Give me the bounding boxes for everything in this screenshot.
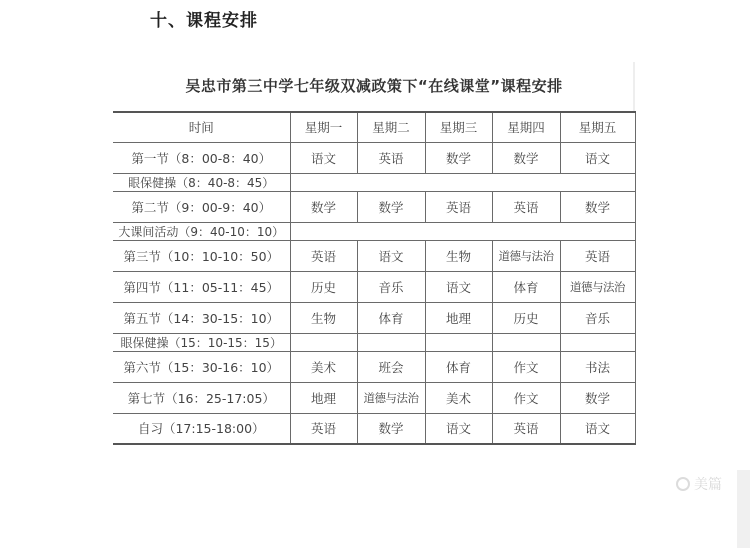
column-header-wednesday: 星期三: [425, 112, 492, 142]
subject-cell: 地理: [290, 382, 357, 413]
subject-cell: 道德与法治: [357, 382, 425, 413]
subject-cell: 体育: [425, 351, 492, 382]
table-row: 第一节（8：00-8：40） 语文 英语 数学 数学 语文: [113, 142, 635, 173]
subject-cell: 英语: [492, 191, 560, 222]
subject-cell: 英语: [560, 240, 635, 271]
break-span-cell: [290, 222, 635, 240]
subject-cell: 道德与法治: [492, 240, 560, 271]
subject-cell: 数学: [492, 142, 560, 173]
subject-cell: 道德与法治: [560, 271, 635, 302]
column-header-tuesday: 星期二: [357, 112, 425, 142]
table-row: 第二节（9：00-9：40） 数学 数学 英语 英语 数学: [113, 191, 635, 222]
subject-cell: 语文: [560, 413, 635, 444]
table-row: 第六节（15：30-16：10） 美术 班会 体育 作文 书法: [113, 351, 635, 382]
period-time: 第五节（14：30-15：10）: [113, 302, 290, 333]
break-span-cell: [290, 173, 635, 191]
period-time: 第七节（16：25-17:05）: [113, 382, 290, 413]
period-time: 第三节（10：10-10：50）: [113, 240, 290, 271]
empty-cell: [560, 333, 635, 351]
break-time: 眼保健操（15：10-15：15）: [113, 333, 290, 351]
subject-cell: 体育: [492, 271, 560, 302]
table-row: 第七节（16：25-17:05） 地理 道德与法治 美术 作文 数学: [113, 382, 635, 413]
empty-cell: [357, 333, 425, 351]
subject-cell: 语文: [425, 271, 492, 302]
subject-cell: 作文: [492, 382, 560, 413]
column-header-time: 时间: [113, 112, 290, 142]
subject-cell: 体育: [357, 302, 425, 333]
column-header-thursday: 星期四: [492, 112, 560, 142]
watermark: 美篇: [676, 474, 722, 494]
header-row: 时间 星期一 星期二 星期三 星期四 星期五: [113, 112, 635, 142]
subject-cell: 英语: [290, 413, 357, 444]
subject-cell: 数学: [357, 191, 425, 222]
break-time: 大课间活动（9：40-10：10）: [113, 222, 290, 240]
subject-cell: 生物: [290, 302, 357, 333]
period-time: 第一节（8：00-8：40）: [113, 142, 290, 173]
empty-cell: [290, 333, 357, 351]
subject-cell: 班会: [357, 351, 425, 382]
empty-cell: [425, 333, 492, 351]
subject-cell: 数学: [560, 382, 635, 413]
subject-cell: 语文: [425, 413, 492, 444]
column-header-monday: 星期一: [290, 112, 357, 142]
subject-cell: 历史: [492, 302, 560, 333]
side-panel-edge: [737, 470, 750, 548]
table-row: 第三节（10：10-10：50） 英语 语文 生物 道德与法治 英语: [113, 240, 635, 271]
table-row: 第五节（14：30-15：10） 生物 体育 地理 历史 音乐: [113, 302, 635, 333]
section-heading: 十、课程安排: [150, 6, 258, 31]
break-row: 大课间活动（9：40-10：10）: [113, 222, 635, 240]
subject-cell: 英语: [425, 191, 492, 222]
subject-cell: 美术: [425, 382, 492, 413]
subject-cell: 数学: [357, 413, 425, 444]
subject-cell: 作文: [492, 351, 560, 382]
meipian-logo-icon: [676, 477, 690, 491]
period-time: 第四节（11：05-11：45）: [113, 271, 290, 302]
subject-cell: 书法: [560, 351, 635, 382]
schedule-table: 时间 星期一 星期二 星期三 星期四 星期五 第一节（8：00-8：40） 语文…: [113, 111, 636, 445]
subject-cell: 语文: [560, 142, 635, 173]
subject-cell: 英语: [357, 142, 425, 173]
subject-cell: 英语: [492, 413, 560, 444]
subject-cell: 历史: [290, 271, 357, 302]
period-time: 第二节（9：00-9：40）: [113, 191, 290, 222]
subject-cell: 语文: [290, 142, 357, 173]
subject-cell: 数学: [560, 191, 635, 222]
subject-cell: 音乐: [560, 302, 635, 333]
subject-cell: 数学: [290, 191, 357, 222]
subject-cell: 语文: [357, 240, 425, 271]
period-time: 第六节（15：30-16：10）: [113, 351, 290, 382]
subject-cell: 美术: [290, 351, 357, 382]
table-row: 第四节（11：05-11：45） 历史 音乐 语文 体育 道德与法治: [113, 271, 635, 302]
subject-cell: 数学: [425, 142, 492, 173]
subject-cell: 地理: [425, 302, 492, 333]
table-title: 吴忠市第三中学七年级双减政策下“在线课堂”课程安排: [113, 75, 635, 96]
period-time: 自习（17:15-18:00）: [113, 413, 290, 444]
break-row: 眼保健操（8：40-8：45）: [113, 173, 635, 191]
break-row: 眼保健操（15：10-15：15）: [113, 333, 635, 351]
watermark-text: 美篇: [694, 474, 722, 494]
table-row: 自习（17:15-18:00） 英语 数学 语文 英语 语文: [113, 413, 635, 444]
empty-cell: [492, 333, 560, 351]
break-time: 眼保健操（8：40-8：45）: [113, 173, 290, 191]
subject-cell: 生物: [425, 240, 492, 271]
subject-cell: 英语: [290, 240, 357, 271]
subject-cell: 音乐: [357, 271, 425, 302]
column-header-friday: 星期五: [560, 112, 635, 142]
